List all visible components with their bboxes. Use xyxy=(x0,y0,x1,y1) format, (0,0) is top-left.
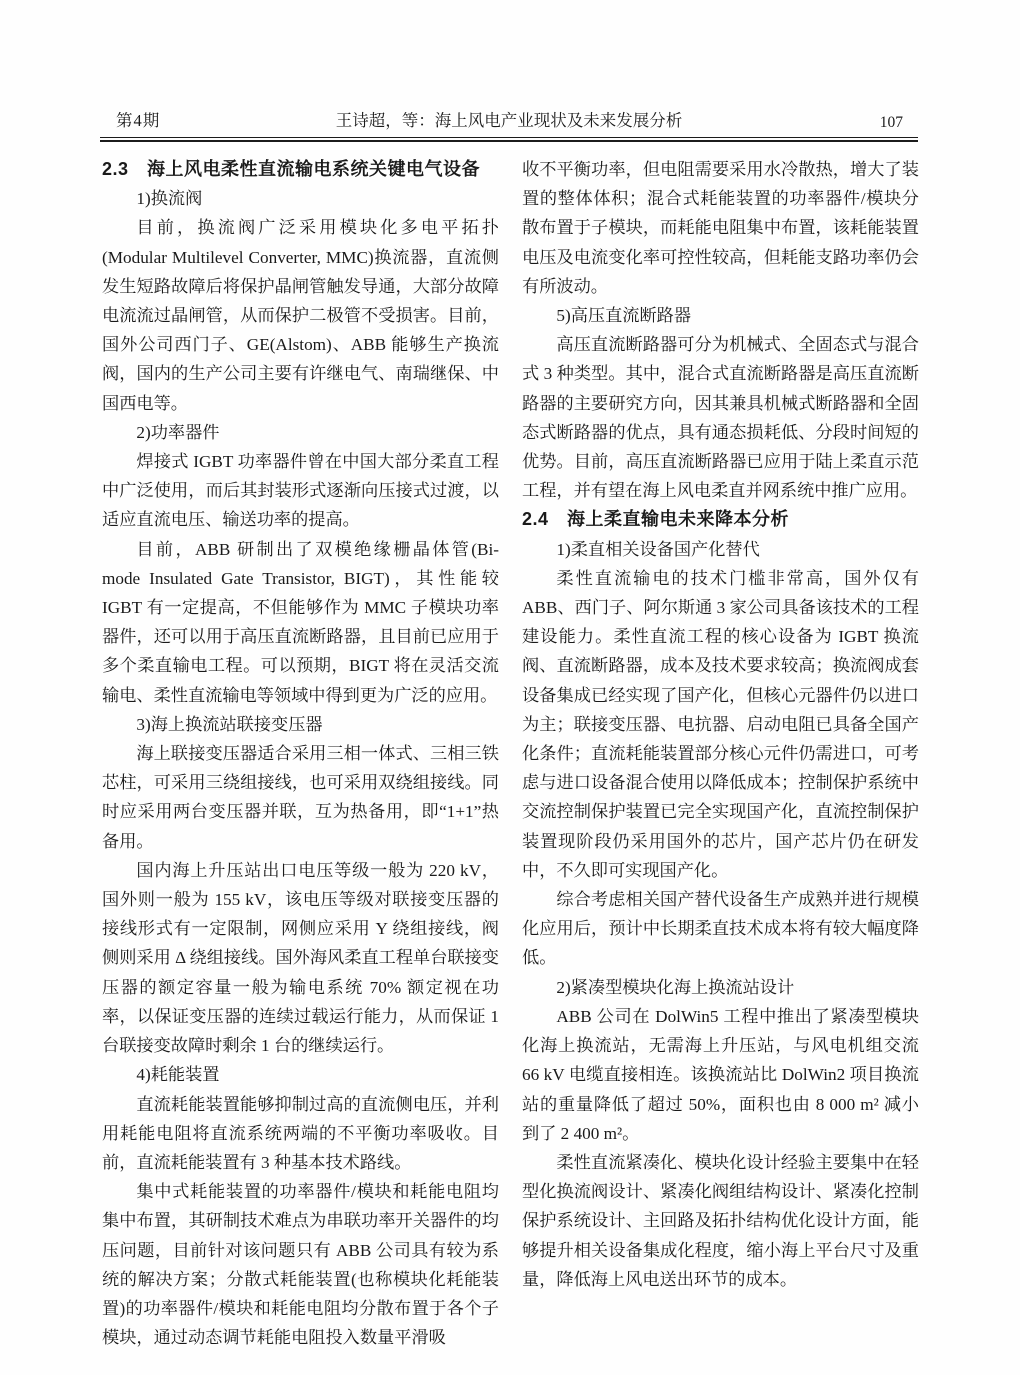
paragraph-converter-valve: 目前，换流阀广泛采用模块化多电平拓扑(Modular Multilevel Co… xyxy=(102,213,499,417)
list-item-converter-valve: 1)换流阀 xyxy=(102,184,499,213)
paragraph-hvdc-breaker: 高压直流断路器可分为机械式、全固态式与混合式 3 种类型。其中，混合式直流断路器… xyxy=(522,330,919,505)
paragraph-transformer-1: 海上联接变压器适合采用三相一体式、三相三铁芯柱，可采用三绕组接线，也可采用双绕组… xyxy=(102,739,499,856)
list-item-compact-converter-station: 2)紧凑型模块化海上换流站设计 xyxy=(522,973,919,1002)
paragraph-cost-reduction-outlook: 综合考虑相关国产替代设备生产成熟并进行规模化应用后，预计中长期柔直技术成本将有较… xyxy=(522,885,919,973)
list-item-power-devices: 2)功率器件 xyxy=(102,418,499,447)
paragraph-compact-station-1: ABB 公司在 DolWin5 工程中推出了紧凑型模块化海上换流站，无需海上升压… xyxy=(522,1002,919,1148)
paragraph-transformer-2: 国内海上升压站出口电压等级一般为 220 kV，国外则一般为 155 kV，该电… xyxy=(102,856,499,1060)
paragraph-energy-dissipation-2: 集中式耗能装置的功率器件/模块和耗能电阻均集中布置，其研制技术难点为串联功率开关… xyxy=(102,1177,499,1352)
list-item-offshore-transformer: 3)海上换流站联接变压器 xyxy=(102,710,499,739)
paragraph-compact-station-2: 柔性直流紧凑化、模块化设计经验主要集中在轻型化换流阀设计、紧凑化阀组结构设计、紧… xyxy=(522,1148,919,1294)
section-heading-2-4: 2.4 海上柔直输电未来降本分析 xyxy=(522,505,919,534)
paper-page: 第4期 王诗超，等：海上风电产业现状及未来发展分析 107 2.3 海上风电柔性… xyxy=(0,0,1020,1375)
list-item-energy-dissipation: 4)耗能装置 xyxy=(102,1060,499,1089)
right-column: 收不平衡功率，但电阻需要采用水冷散热，增大了装置的整体体积；混合式耗能装置的功率… xyxy=(522,155,919,1294)
paragraph-energy-dissipation-continued: 收不平衡功率，但电阻需要采用水冷散热，增大了装置的整体体积；混合式耗能装置的功率… xyxy=(522,155,919,301)
paragraph-energy-dissipation-1: 直流耗能装置能够抑制过高的直流侧电压，并利用耗能电阻将直流系统两端的不平衡功率吸… xyxy=(102,1090,499,1178)
paragraph-domestic-substitution: 柔性直流输电的技术门槛非常高，国外仅有 ABB、西门子、阿尔斯通 3 家公司具备… xyxy=(522,564,919,885)
header-rule xyxy=(100,137,918,142)
paragraph-power-devices-1: 焊接式 IGBT 功率器件曾在中国大部分柔直工程中广泛使用，而后其封装形式逐渐向… xyxy=(102,447,499,535)
left-column: 2.3 海上风电柔性直流输电系统关键电气设备 1)换流阀 目前，换流阀广泛采用模… xyxy=(102,155,499,1352)
list-item-hvdc-breaker: 5)高压直流断路器 xyxy=(522,301,919,330)
list-item-domestic-substitution: 1)柔直相关设备国产化替代 xyxy=(522,535,919,564)
paragraph-power-devices-2: 目前，ABB 研制出了双模绝缘栅晶体管(Bi-mode Insulated Ga… xyxy=(102,535,499,710)
section-heading-2-3: 2.3 海上风电柔性直流输电系统关键电气设备 xyxy=(102,155,499,184)
header-page-number: 107 xyxy=(100,111,903,135)
